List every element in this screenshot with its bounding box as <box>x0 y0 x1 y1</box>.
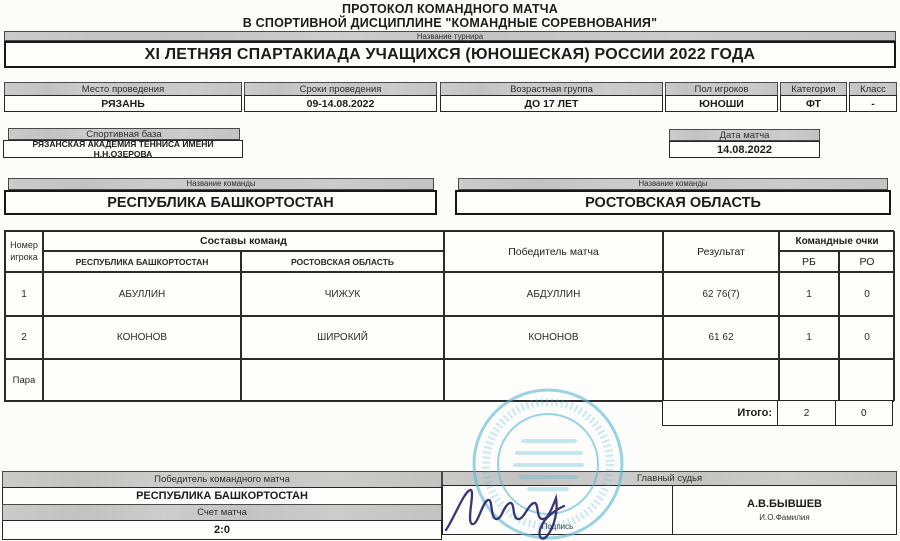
table-row-result: 61 62 <box>663 316 779 359</box>
col-header-match-winner: Победитель матча <box>444 231 663 272</box>
table-row-points-rb <box>779 359 839 401</box>
field-value: РЯЗАНЬ <box>4 95 242 112</box>
field-dates: Сроки проведения 09-14.08.2022 <box>244 82 437 112</box>
table-row-points-rb: 1 <box>779 316 839 359</box>
totals-label: Итого: <box>662 400 778 426</box>
table-row-points-rb: 1 <box>779 272 839 316</box>
table-row-number: Пара <box>5 359 43 401</box>
table-row-points-ro: 0 <box>839 272 895 316</box>
referee-name-hint: И.О.Фамилия <box>759 513 809 522</box>
team-match-winner-value: РЕСПУБЛИКА БАШКОРТОСТАН <box>2 487 442 505</box>
field-age-group: Возрастная группа ДО 17 ЛЕТ <box>440 82 663 112</box>
table-row-player1: КОНОНОВ <box>43 316 241 359</box>
table-row-player2: ШИРОКИЙ <box>241 316 444 359</box>
table-row-player1 <box>43 359 241 401</box>
totals-row: Итого: 2 0 <box>662 400 894 426</box>
col-header-team2: РОСТОВСКАЯ ОБЛАСТЬ <box>241 251 444 272</box>
team2-name-label: Название команды <box>458 178 888 190</box>
field-value: - <box>849 95 897 112</box>
table-row-result: 62 76(7) <box>663 272 779 316</box>
field-gender: Пол игроков ЮНОШИ <box>665 82 778 112</box>
table-row-number: 2 <box>5 316 43 359</box>
field-value: 09-14.08.2022 <box>244 95 437 112</box>
table-row-winner: АБДУЛЛИН <box>444 272 663 316</box>
field-value: ДО 17 ЛЕТ <box>440 95 663 112</box>
col-header-team-points: Командные очки <box>779 231 895 251</box>
referee-signature <box>438 478 598 541</box>
field-venue-city: Место проведения РЯЗАНЬ <box>4 82 242 112</box>
field-label: Сроки проведения <box>244 82 437 96</box>
field-class: Класс - <box>849 82 897 112</box>
col-header-lineups: Составы команд <box>43 231 444 251</box>
col-header-points-rb: РБ <box>779 251 839 272</box>
field-label: Категория <box>780 82 847 96</box>
field-value: ФТ <box>780 95 847 112</box>
field-label: Пол игроков <box>665 82 778 96</box>
referee-name-cell: А.В.БЫВШЕВ И.О.Фамилия <box>672 485 897 535</box>
col-header-team1: РЕСПУБЛИКА БАШКОРТОСТАН <box>43 251 241 272</box>
sports-base-value: РЯЗАНСКАЯ АКАДЕМИЯ ТЕННИСА ИМЕНИ Н.Н.ОЗЕ… <box>3 140 243 158</box>
match-date-label: Дата матча <box>669 129 820 141</box>
document-title-line2: В СПОРТИВНОЙ ДИСЦИПЛИНЕ "КОМАНДНЫЕ СОРЕВ… <box>0 16 900 30</box>
table-row-player1: АБУЛЛИН <box>43 272 241 316</box>
protocol-document: ПРОТОКОЛ КОМАНДНОГО МАТЧА В СПОРТИВНОЙ Д… <box>0 0 900 541</box>
footer-winner-block: Победитель командного матча РЕСПУБЛИКА Б… <box>2 471 442 540</box>
referee-name-value: А.В.БЫВШЕВ <box>747 498 822 510</box>
team-match-winner-label: Победитель командного матча <box>2 471 442 488</box>
match-score-label: Счет матча <box>2 504 442 521</box>
table-row-points-ro: 0 <box>839 316 895 359</box>
field-value: ЮНОШИ <box>665 95 778 112</box>
field-category: Категория ФТ <box>780 82 847 112</box>
field-label: Возрастная группа <box>440 82 663 96</box>
match-date-value: 14.08.2022 <box>669 141 820 158</box>
field-label: Класс <box>849 82 897 96</box>
table-row-result <box>663 359 779 401</box>
tournament-name-value: XI ЛЕТНЯЯ СПАРТАКИАДА УЧАЩИХСЯ (ЮНОШЕСКА… <box>4 41 896 68</box>
table-row-player2: ЧИЖУК <box>241 272 444 316</box>
table-row-number: 1 <box>5 272 43 316</box>
team2-name-value: РОСТОВСКАЯ ОБЛАСТЬ <box>455 190 891 215</box>
table-row-points-ro <box>839 359 895 401</box>
results-table: Номер игрока Составы команд РЕСПУБЛИКА Б… <box>4 230 894 402</box>
document-title-line1: ПРОТОКОЛ КОМАНДНОГО МАТЧА <box>0 2 900 16</box>
team1-name-value: РЕСПУБЛИКА БАШКОРТОСТАН <box>4 190 437 215</box>
col-header-player-number: Номер игрока <box>5 231 43 272</box>
table-row-winner: КОНОНОВ <box>444 316 663 359</box>
col-header-points-ro: РО <box>839 251 895 272</box>
totals-points-ro: 0 <box>835 400 893 426</box>
totals-points-rb: 2 <box>777 400 837 426</box>
match-score-value: 2:0 <box>2 520 442 540</box>
field-label: Место проведения <box>4 82 242 96</box>
team1-name-label: Название команды <box>8 178 434 190</box>
table-row-player2 <box>241 359 444 401</box>
col-header-result: Результат <box>663 231 779 272</box>
tournament-name-label: Название турнира <box>4 31 896 41</box>
